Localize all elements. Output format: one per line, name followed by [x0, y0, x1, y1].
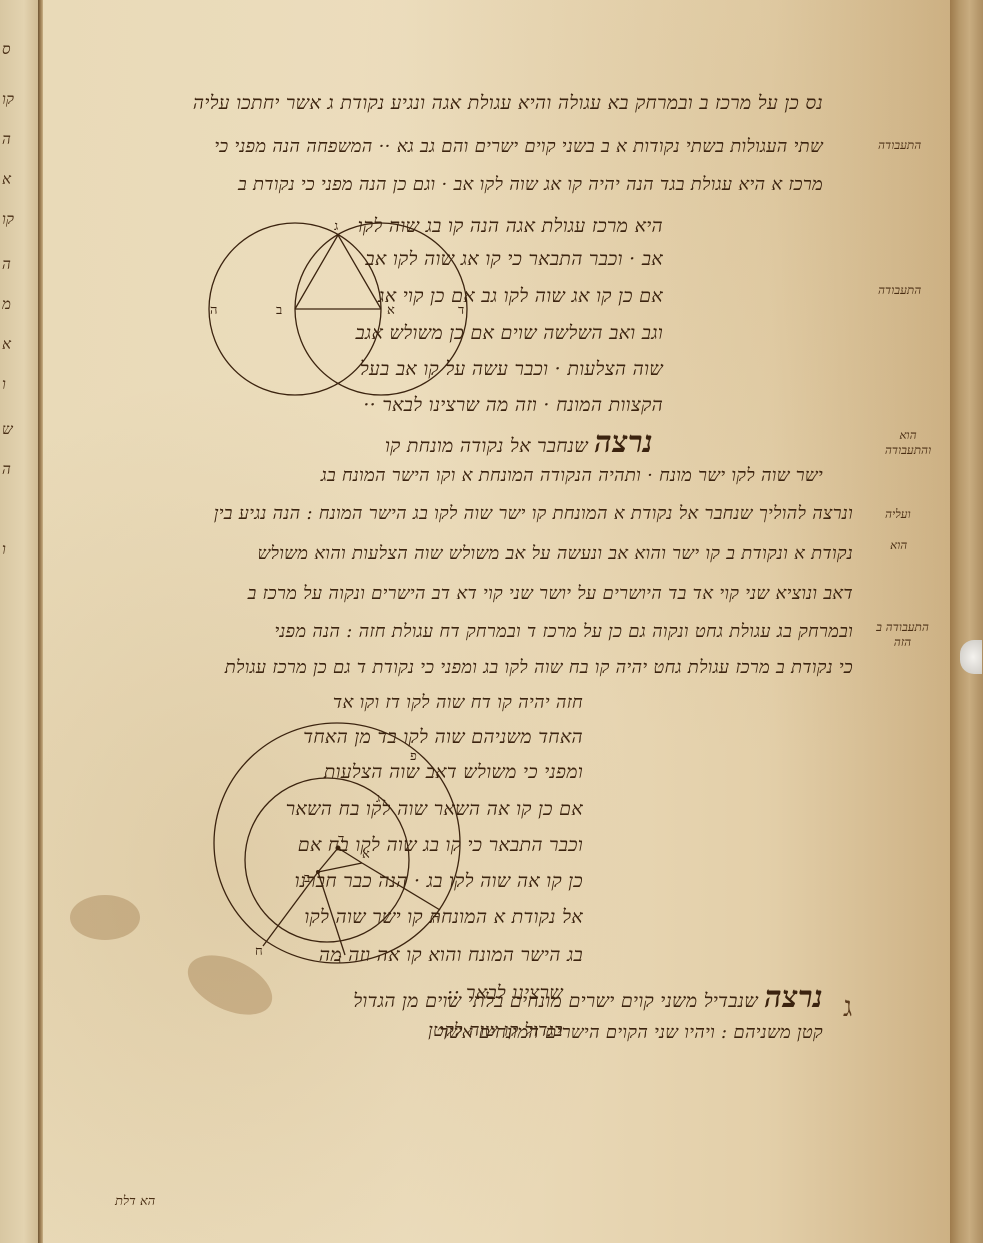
label-alef: א	[362, 847, 370, 862]
facing-page-text: ו	[2, 540, 6, 559]
facing-page-edge: ס קו ה א קו ה מ א ו ש ה ו	[0, 0, 40, 1243]
label-dalet: ד	[338, 832, 344, 847]
facing-page-text: מ	[2, 295, 11, 314]
text-line: קטן משניהם : ויהיו שני הקוים הישרים המונ…	[439, 1022, 823, 1043]
facing-page-text: ה	[2, 255, 11, 274]
text-line: שתי העגולות בשתי נקודות א ב בשני קוים יש…	[214, 136, 823, 157]
text-line: כי נקודת ב מרכז עגולת גחט יהיה קו בח שוה…	[225, 657, 853, 678]
incipit: נרצה	[764, 980, 823, 1015]
facing-page-text: ש	[2, 420, 13, 439]
text-line: ישר שוה לקו ישר מונח · ותהיה הנקודה המונ…	[321, 465, 823, 486]
margin-note: ועליה	[885, 507, 911, 522]
proposition-heading: נרצה שנבדיל משני קוים ישרים מונחים בלתי …	[353, 980, 823, 1015]
facing-page-text: ו	[2, 375, 6, 394]
margin-note: התעבודה	[878, 283, 921, 298]
facing-page-text: ה	[2, 130, 11, 149]
text-line: נקודת א ונקודת ב קו ישר והוא אב ונעשה על…	[257, 543, 853, 564]
margin-note: הוא והתעבודה	[878, 428, 938, 458]
label-bet: ב	[304, 871, 310, 886]
label-het: ח	[255, 944, 263, 959]
label-pe: פ	[410, 749, 417, 764]
label-zayin: ז	[338, 952, 342, 967]
text-line: נס כן על מרכז ב ובמרחק בא עגולה והיא עגו…	[193, 92, 823, 115]
label-he: ה	[210, 303, 217, 318]
stain	[70, 895, 140, 940]
diagram-line-transfer: פ ג ב ד א ה ח ז	[200, 710, 480, 970]
facing-page-text: ס	[2, 40, 11, 59]
label-gimel: ג	[334, 219, 338, 234]
facing-page-text: קו	[2, 90, 14, 109]
label-dalet: ד	[458, 303, 464, 318]
label-bet: ב	[276, 303, 282, 318]
text-line: דאב ונוציא שני קוי אד בד היושרים על יושר…	[248, 583, 853, 604]
text-line: מרכז א היא עגולת בגד הנה יהיה קו אג שוה …	[238, 174, 823, 195]
folio-note: הא דלת	[115, 1193, 155, 1209]
proposition-heading: נרצה שנחבר אל נקודה מונחת קו	[385, 425, 653, 460]
text-line: ונרצה להוליך שנחבר אל נקודת א המונחת קו …	[214, 503, 853, 524]
margin-note: התעבודה ב הזה	[870, 620, 935, 650]
facing-page-text: קו	[2, 210, 14, 229]
facing-page-text: ה	[2, 460, 11, 479]
margin-note: התעבודה	[878, 138, 921, 153]
label-he: ה	[432, 912, 439, 927]
diagram-equilateral-triangle: ג ב א ה ד	[200, 210, 490, 410]
bookmark-tab	[960, 640, 982, 674]
facing-page-text: א	[2, 170, 11, 189]
label-gimel: ג	[376, 791, 380, 806]
margin-note: הוא	[890, 538, 907, 553]
label-alef: א	[387, 303, 395, 318]
facing-page-text: א	[2, 335, 11, 354]
margin-letter: ג	[843, 990, 852, 1024]
text-line: ובמרחק בג עגולת גחט ונקוה גם כן על מרכז …	[274, 621, 853, 642]
incipit: נרצה	[594, 425, 653, 460]
page-edge	[950, 0, 983, 1243]
